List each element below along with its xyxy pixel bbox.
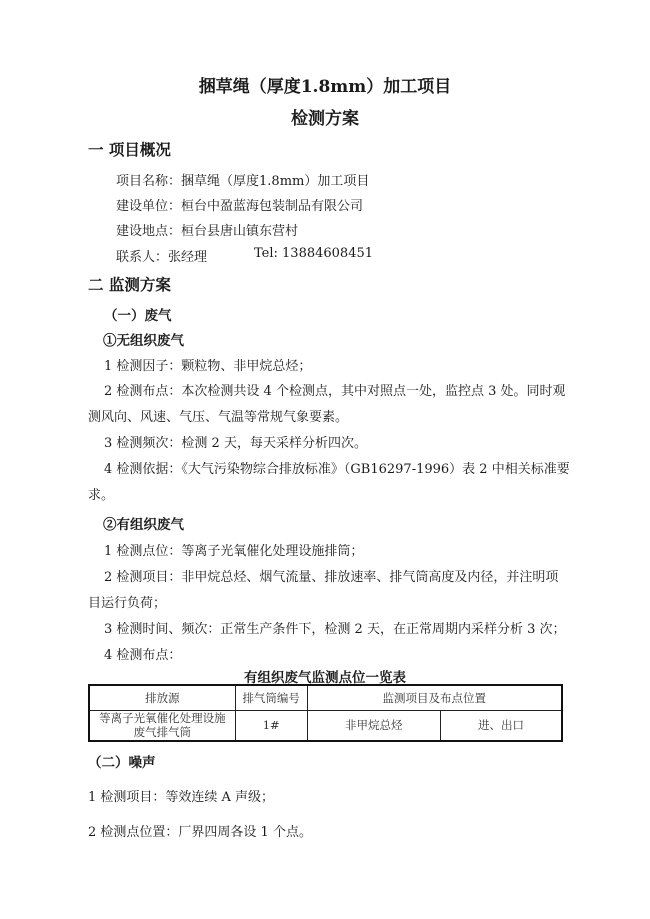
field-label: 建设地点： [116,224,181,239]
cell-source: 等离子光氧催化处理设施 废气排气筒 [89,710,235,741]
field-construction-site: 建设地点：桓台县唐山镇东营村 [116,220,298,239]
subsection-heading-unorganized: ①无组织废气 [103,329,184,349]
paragraph-line: 3 检测频次：检测 2 天，每天采样分析四次。 [104,432,367,451]
document-subtitle: 检测方案 [0,104,650,129]
field-value: 桓台县唐山镇东营村 [181,224,298,239]
header-cell-items-positions: 监测项目及布点位置 [307,685,562,710]
field-value: 桓台中盈蓝海包装制品有限公司 [181,199,363,214]
field-contact-tel: Tel: 13884608451 [254,246,373,261]
field-project-name: 项目名称：捆草绳（厚度1.8mm）加工项目 [116,170,369,189]
paragraph-line: 4 检测布点： [104,644,181,663]
header-cell-stack-no: 排气筒编号 [235,685,307,710]
cell-source-line1: 等离子光氧催化处理设施 [90,711,235,725]
cell-source-line2: 废气排气筒 [90,725,235,739]
table-row: 等离子光氧催化处理设施 废气排气筒 1# 非甲烷总烃 进、出口 [89,710,562,741]
field-construction-unit: 建设单位：桓台中盈蓝海包装制品有限公司 [116,195,363,214]
subsection-heading-noise: （二）噪声 [88,751,156,771]
monitoring-points-table: 排放源 排气筒编号 监测项目及布点位置 等离子光氧催化处理设施 废气排气筒 1#… [88,684,563,742]
section-heading-monitoring: 二 监测方案 [88,273,171,295]
subsection-heading-waste-gas: （一）废气 [104,304,172,324]
field-label: 项目名称： [116,174,181,189]
paragraph-line: 测风向、风速、气压、气温等常规气象要素。 [88,406,348,425]
paragraph-line: 2 检测点位置：厂界四周各设 1 个点。 [88,821,312,840]
table-caption: 有组织废气监测点位一览表 [0,666,650,686]
paragraph-line: 3 检测时间、频次：正常生产条件下，检测 2 天，在正常周期内采样分析 3 次； [104,618,565,637]
cell-position: 进、出口 [440,710,562,741]
paragraph-line: 2 检测项目：非甲烷总烃、烟气流量、排放速率、排气筒高度及内径，并注明项 [104,566,558,585]
paragraph-line: 4 检测依据：《大气污染物综合排放标准》（GB16297-1996）表 2 中相… [104,458,570,477]
section-heading-overview: 一 项目概况 [88,138,171,160]
field-value: 张经理 [168,250,207,265]
paragraph-line: 1 检测点位：等离子光氧催化处理设施排筒； [104,540,363,559]
document-title: 捆草绳（厚度1.8mm）加工项目 [0,72,650,97]
paragraph-line: 求。 [88,484,114,503]
cell-stack-no: 1# [235,710,307,741]
subsection-heading-organized: ②有组织废气 [103,513,184,533]
paragraph-line: 目运行负荷； [88,592,166,611]
field-label: 联系人： [116,250,168,265]
table-header-row: 排放源 排气筒编号 监测项目及布点位置 [89,685,562,710]
field-label: 建设单位： [116,199,181,214]
paragraph-line: 2 检测布点：本次检测共设 4 个检测点，其中对照点一处，监控点 3 处。同时观 [104,380,565,399]
field-contact: 联系人：张经理 [116,246,207,265]
field-value: 捆草绳（厚度1.8mm）加工项目 [181,174,369,189]
cell-item: 非甲烷总烃 [307,710,440,741]
header-cell-source: 排放源 [89,685,235,710]
paragraph-line: 1 检测项目：等效连续 A 声级； [88,786,274,805]
paragraph-line: 1 检测因子：颗粒物、非甲烷总烃； [104,355,311,374]
